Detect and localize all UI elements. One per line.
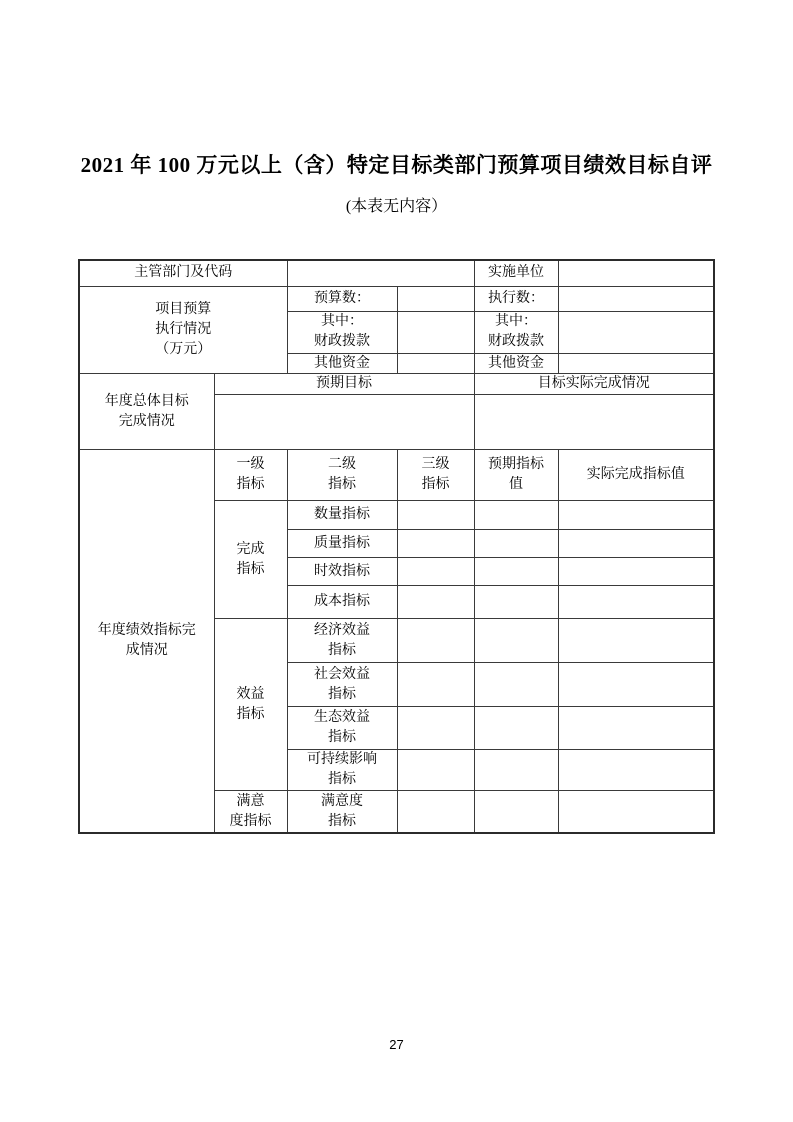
exec-num-label-cell: 执行数：	[474, 286, 558, 311]
impl-unit-label-cell: 实施单位	[474, 260, 558, 286]
expected-value-cell	[474, 663, 558, 707]
fiscal-alloc-budget-label-cell: 其中： 财政拨款	[287, 311, 397, 353]
actual-indicator-header-cell: 实际完成指标值	[558, 450, 714, 501]
expected-value-cell	[474, 707, 558, 750]
level3-value-cell	[397, 791, 474, 833]
sustainability-indicator-cell: 可持续影响 指标	[287, 750, 397, 791]
annual-goal-header-cell: 年度总体目标 完成情况	[79, 374, 214, 450]
level2-indicator-header-cell: 二级 指标	[287, 450, 397, 501]
expected-value-cell	[474, 750, 558, 791]
fiscal-alloc-exec-value-cell	[558, 311, 714, 353]
expected-goal-label-cell: 预期目标	[214, 374, 474, 395]
expected-value-cell	[474, 586, 558, 619]
level3-value-cell	[397, 619, 474, 663]
page-subtitle: (本表无内容）	[0, 193, 793, 216]
actual-goal-label-cell: 目标实际完成情况	[474, 374, 714, 395]
expected-value-cell	[474, 791, 558, 833]
level3-value-cell	[397, 530, 474, 558]
level3-value-cell	[397, 558, 474, 586]
level3-value-cell	[397, 707, 474, 750]
table-row: 项目预算 执行情况 （万元） 预算数： 执行数：	[79, 286, 714, 311]
impl-unit-value-cell	[558, 260, 714, 286]
level3-value-cell	[397, 586, 474, 619]
level3-indicator-header-cell: 三级 指标	[397, 450, 474, 501]
other-funds-exec-label-cell: 其他资金	[474, 353, 558, 374]
actual-value-cell	[558, 530, 714, 558]
actual-value-cell	[558, 586, 714, 619]
expected-value-cell	[474, 501, 558, 530]
actual-value-cell	[558, 501, 714, 530]
satisfaction-indicator-cell: 满意度 指标	[287, 791, 397, 833]
actual-value-cell	[558, 619, 714, 663]
other-funds-budget-value-cell	[397, 353, 474, 374]
fiscal-alloc-budget-value-cell	[397, 311, 474, 353]
level3-value-cell	[397, 750, 474, 791]
table-row: 主管部门及代码 实施单位	[79, 260, 714, 286]
performance-evaluation-table: 主管部门及代码 实施单位 项目预算 执行情况 （万元） 预算数： 执行数： 其中…	[78, 259, 715, 834]
expected-value-cell	[474, 530, 558, 558]
level3-value-cell	[397, 663, 474, 707]
level3-value-cell	[397, 501, 474, 530]
page-title: 2021 年 100 万元以上（含）特定目标类部门预算项目绩效目标自评	[0, 149, 793, 179]
quantity-indicator-cell: 数量指标	[287, 501, 397, 530]
actual-value-cell	[558, 558, 714, 586]
cost-indicator-cell: 成本指标	[287, 586, 397, 619]
expected-value-cell	[474, 619, 558, 663]
benefit-indicator-group-cell: 效益 指标	[214, 619, 287, 791]
actual-value-cell	[558, 707, 714, 750]
other-funds-exec-value-cell	[558, 353, 714, 374]
actual-value-cell	[558, 663, 714, 707]
fiscal-alloc-exec-label-cell: 其中： 财政拨款	[474, 311, 558, 353]
exec-num-value-cell	[558, 286, 714, 311]
actual-value-cell	[558, 791, 714, 833]
table-row: 年度总体目标 完成情况 预期目标 目标实际完成情况	[79, 374, 714, 395]
other-funds-budget-label-cell: 其他资金	[287, 353, 397, 374]
satisfaction-indicator-group-cell: 满意 度指标	[214, 791, 287, 833]
budget-num-value-cell	[397, 286, 474, 311]
actual-value-cell	[558, 750, 714, 791]
actual-goal-value-cell	[474, 395, 714, 450]
page-number: 27	[0, 1037, 793, 1052]
dept-code-label-cell: 主管部门及代码	[79, 260, 287, 286]
social-benefit-indicator-cell: 社会效益 指标	[287, 663, 397, 707]
economic-benefit-indicator-cell: 经济效益 指标	[287, 619, 397, 663]
timeliness-indicator-cell: 时效指标	[287, 558, 397, 586]
budget-num-label-cell: 预算数：	[287, 286, 397, 311]
ecological-benefit-indicator-cell: 生态效益 指标	[287, 707, 397, 750]
dept-code-value-cell	[287, 260, 474, 286]
quality-indicator-cell: 质量指标	[287, 530, 397, 558]
document-page: 2021 年 100 万元以上（含）特定目标类部门预算项目绩效目标自评 (本表无…	[0, 0, 793, 1122]
level1-indicator-header-cell: 一级 指标	[214, 450, 287, 501]
indicator-section-header-cell: 年度绩效指标完 成情况	[79, 450, 214, 833]
budget-exec-header-cell: 项目预算 执行情况 （万元）	[79, 286, 287, 374]
expected-goal-value-cell	[214, 395, 474, 450]
expected-value-cell	[474, 558, 558, 586]
expected-indicator-header-cell: 预期指标 值	[474, 450, 558, 501]
table-row: 年度绩效指标完 成情况 一级 指标 二级 指标 三级 指标 预期指标 值 实际完…	[79, 450, 714, 501]
completion-indicator-group-cell: 完成 指标	[214, 501, 287, 619]
